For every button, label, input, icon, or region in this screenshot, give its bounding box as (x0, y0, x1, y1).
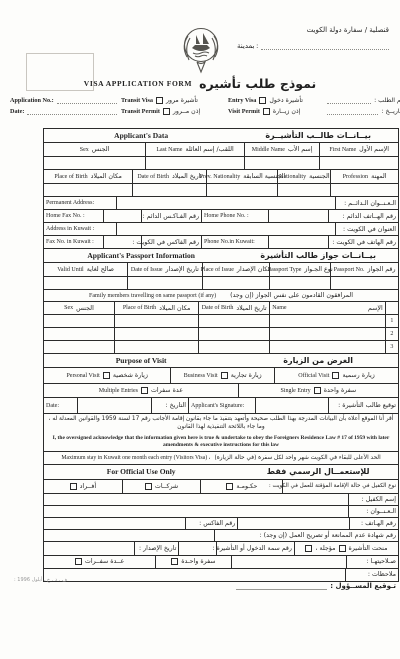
home-fax-label-en: Home Fax No. : (44, 210, 103, 222)
first-name-column-header: First Nameالإسم الأول (319, 143, 398, 156)
multiple-trips-label: عــدة سفــرات (85, 558, 124, 565)
consulate-label: قنصلية / سفارة دولة الكويت (237, 26, 389, 34)
valid-until-column-header: Valid Untilصالح لغاية (44, 263, 127, 276)
family-row-field[interactable] (114, 328, 198, 340)
date-signature-row: Date: التاريخ : Applicant's Signature: ت… (44, 397, 398, 413)
kuwait-emblem-icon (180, 26, 222, 79)
family-row-2: 2 (44, 327, 398, 340)
declaration-text-ar: أقر أنا الموقع أعلاه بأن البيانات المدرج… (48, 416, 394, 432)
sponsor-companies-label: شركــات (155, 483, 178, 490)
passport-no-column-header: Passport No.رقم الجواز (330, 263, 398, 276)
family-labels-row: Sexالجنس Place of Birthمكان الميلاد Date… (44, 301, 398, 314)
deferred-checkbox[interactable] (305, 545, 312, 552)
transit-visa-label-en: Transit Visa (121, 97, 153, 104)
issue-date-field[interactable] (44, 542, 134, 555)
transit-permit-checkbox[interactable] (163, 108, 170, 115)
date-row: Date: (10, 108, 117, 115)
noc-field[interactable] (44, 530, 214, 541)
home-fax-label-ar: رقم الفـاكـس الدائم : (141, 210, 201, 222)
kuwait-phone-fax-row: Fax No. in Kuwait : رقم الفاكس في الكويت… (44, 235, 398, 248)
personal-visit-label-ar: زيارة شخصية (113, 372, 148, 379)
multiple-entries-label-en: Multiple Entries (99, 388, 138, 394)
sponsor-individuals-checkbox[interactable] (70, 483, 77, 490)
single-entry-label-ar: سفرة واحدة (324, 387, 357, 394)
validity-label: صـلاحيتهـا : (346, 556, 398, 568)
sponsor-government-label: حكـومـة (236, 483, 257, 490)
declaration-text-en: I, the oversigned acknowledge that the i… (48, 435, 394, 449)
family-row-field[interactable] (44, 315, 114, 327)
declaration-row: أقر أنا الموقع أعلاه بأن البيانات المدرج… (44, 413, 398, 451)
application-no-ar-field[interactable] (327, 97, 371, 104)
validity-field[interactable] (231, 556, 347, 568)
family-row-field[interactable] (198, 328, 269, 340)
passport-title-en: Applicant's Passport Information (44, 249, 238, 262)
visit-permit-label-en: Visit Permit (228, 108, 260, 115)
prev-nationality-field[interactable] (206, 184, 277, 196)
sponsor-individuals-label: أفــراد (80, 483, 96, 490)
official-visit-checkbox[interactable] (332, 372, 339, 379)
official-use-title-en: For Official Use Only (44, 465, 238, 479)
granted-deferred-options: مؤجلة ، منحت التأشيرة (294, 542, 398, 555)
home-fax-field[interactable] (103, 210, 141, 222)
declaration-text: أقر أنا الموقع أعلاه بأن البيانات المدرج… (44, 414, 398, 451)
multiple-entries-option: Multiple Entries عدة سفرات (44, 384, 238, 397)
meta-section: Application No.: Transit Visa تأشيرة مرو… (10, 97, 395, 115)
place-of-birth-column-header: Place of Birthمكان الميلاد (44, 170, 132, 183)
personal-visit-checkbox[interactable] (103, 372, 110, 379)
transit-visa-option: Transit Visa تأشيرة مرور (121, 97, 224, 104)
kuwait-address-label-ar: العنوان في الكويت : (335, 223, 398, 235)
multiple-entries-label-ar: عدة سفرات (151, 387, 183, 394)
remarks-row: ملاحظات : (44, 568, 398, 581)
family-row-field[interactable] (114, 315, 198, 327)
deferred-label: مؤجلة ، (315, 545, 335, 552)
max-stay-note: Maximum stay in Kuwait one month each en… (44, 452, 398, 464)
family-row-number: 1 (385, 315, 398, 327)
official-signature-row: تـوقيع المســؤول : (236, 582, 396, 590)
business-visit-label-en: Business Visit (184, 373, 218, 379)
prev-nationality-column-header: Prev. Nationalityالجنسية السابقة (206, 170, 277, 183)
permanent-address-label-en: Permanent Address: (44, 197, 116, 209)
birth-labels-row: Place of Birthمكان الميلاد Date of Birth… (44, 169, 398, 183)
multiple-trips-option: عــدة سفــرات (44, 556, 155, 568)
kuwait-phone-label-ar: رقم الهاتف في الكويت : (328, 236, 398, 248)
multiple-entries-checkbox[interactable] (141, 387, 148, 394)
city-field[interactable] (261, 43, 389, 50)
noc-label: رقم شهادة عدم الممانعة أو تصريح العمل (إ… (214, 530, 398, 541)
noc-row: رقم شهادة عدم الممانعة أو تصريح العمل (إ… (44, 529, 398, 541)
entry-visa-label-en: Entry Visa (228, 97, 256, 104)
application-no-field[interactable] (57, 97, 117, 104)
sponsor-government-checkbox[interactable] (226, 483, 233, 490)
family-name-column-header: Nameالإسم (269, 302, 385, 314)
sponsor-companies-checkbox[interactable] (145, 483, 152, 490)
date-label: Date: (10, 108, 24, 115)
last-name-field[interactable] (145, 157, 244, 169)
print-code: ف . د . خ ـ أيلول 1996 : (14, 577, 67, 583)
personal-visit-label-en: Personal Visit (66, 373, 99, 379)
visit-permit-label-ar: إذن زيــارة (273, 108, 300, 115)
entry-visa-option: Entry Visa تأشيرة دخول (228, 97, 323, 104)
family-row-field[interactable] (198, 315, 269, 327)
official-visit-option: Official Visit زيارة رسمية (274, 368, 398, 383)
date-of-birth-field[interactable] (132, 184, 206, 196)
kuwait-phone-label-en: Phone No.in Kuwait: (201, 236, 268, 248)
transit-visa-checkbox[interactable] (156, 97, 163, 104)
kuwait-phone-field[interactable] (268, 236, 328, 248)
applicant-data-header: Applicant's Data بيــانــات طالــب التأش… (44, 129, 398, 142)
sponsor-phone-label: رقم الهـاتف : (349, 518, 398, 529)
applicant-data-title-ar: بيــانــات طالــب التأشيــرة (238, 129, 398, 142)
name-fields-row (44, 156, 398, 169)
home-phone-label-en: Home Phone No. : (201, 210, 268, 222)
visit-permit-checkbox[interactable] (263, 108, 270, 115)
passport-labels-row: Valid Untilصالح لغاية Date of Issueتاريخ… (44, 262, 398, 276)
entry-visa-label-ar: تأشيرة دخول (269, 97, 303, 104)
family-note: Family members travelling on same passpo… (44, 290, 398, 301)
granted-checkbox[interactable] (339, 545, 346, 552)
date-ar-row: التـاريــخ : (327, 108, 400, 115)
max-stay-note-ar: الحد الأعلى للبقاء في الكويت شهر واحد لك… (215, 455, 381, 461)
permanent-address-row: Permanent Address: الـعـنــوان الـدائــم… (44, 196, 398, 209)
purpose-date-label-ar: التاريخ : (151, 398, 189, 413)
visa-application-form-page: قنصلية / سفارة دولة الكويت بمدينة : VISA… (0, 0, 400, 659)
visa-no-field[interactable] (178, 542, 216, 555)
single-entry-label-en: Single Entry (281, 388, 311, 394)
single-trip-option: سفرة واحـدة (155, 556, 230, 568)
official-signature-label: تـوقيع المســؤول : (330, 582, 396, 590)
official-visit-label-ar: زيارة رسمية (342, 372, 374, 379)
kuwait-address-field[interactable] (116, 223, 335, 235)
visa-no-label: رقم سمة الدخول أو التأشيرة : (216, 542, 294, 555)
visit-type-row: Personal Visit زيارة شخصية Business Visi… (44, 367, 398, 383)
sponsor-address-field[interactable] (44, 506, 348, 517)
applicant-signature-label-ar: توقيع طالب التأشيرة : (328, 398, 398, 413)
sponsor-type-label: نوع الكفيل في حالة الإقامة المؤقتة للعمل… (282, 480, 398, 493)
application-no-label: Application No.: (10, 97, 54, 104)
sponsor-phone-field[interactable] (237, 518, 349, 529)
application-no-ar-row: رقم الطلب : (327, 97, 400, 104)
official-visit-label-en: Official Visit (298, 373, 329, 379)
family-row-field[interactable] (44, 328, 114, 340)
sponsor-fax-label: رقم الفاكس : (185, 518, 237, 529)
last-name-column-header: Last Nameاللقب/ إسم العائلة (145, 143, 244, 156)
remarks-field[interactable] (44, 569, 345, 581)
business-visit-option: Business Visit زيارة تجارية (170, 368, 274, 383)
sex-field[interactable] (44, 157, 145, 169)
place-of-birth-field[interactable] (44, 184, 132, 196)
application-no-row: Application No.: (10, 97, 117, 104)
visa-granted-row: تاريخ الإصدار : رقم سمة الدخول أو التأشي… (44, 541, 398, 555)
kuwait-fax-label-ar: رقم الفاكس في الكويت : (141, 236, 201, 248)
single-entry-checkbox[interactable] (314, 387, 321, 394)
passport-fields-row (44, 276, 398, 289)
transit-permit-label-en: Transit Permit (121, 108, 160, 115)
profession-field[interactable] (330, 184, 398, 196)
sex-column-header: Sexالجنس (44, 143, 145, 156)
passport-type-field[interactable] (269, 277, 330, 289)
form-table: Applicant's Data بيــانــات طالــب التأش… (43, 128, 399, 582)
single-entry-option: Single Entry سفرة واحدة (238, 384, 398, 397)
single-trip-label: سفرة واحـدة (181, 558, 215, 565)
first-name-field[interactable] (319, 157, 398, 169)
place-of-issue-field[interactable] (202, 277, 270, 289)
family-row-field[interactable] (114, 341, 198, 353)
transit-visa-label-ar: تأشيرة مرور (166, 97, 198, 104)
max-stay-note-en: Maximum stay in Kuwait one month each en… (61, 455, 210, 461)
birth-fields-row (44, 183, 398, 196)
home-phone-field[interactable] (268, 210, 328, 222)
transit-permit-label-ar: إذن مــرور (173, 108, 200, 115)
sponsor-type-row: أفــراد شركــات حكـومـة نوع الكفيل في حا… (44, 479, 398, 493)
purpose-title-ar: الغرض من الزيارة (238, 354, 398, 367)
family-row-field[interactable] (198, 341, 269, 353)
sponsor-name-label: إسم الكفيل : (348, 494, 398, 505)
family-row-3: 3 (44, 340, 398, 353)
single-trip-checkbox[interactable] (171, 558, 178, 565)
sponsor-fax-field[interactable] (44, 518, 185, 529)
family-date-of-birth-column-header: Date of Birthتاريخ الميلاد (198, 302, 269, 314)
nationality-column-header: Nationalityالجنسية (277, 170, 330, 183)
applicant-signature-label-en: Applicant's Signature: (188, 398, 255, 413)
official-use-header: For Official Use Only للإستعمــال الرسمي… (44, 464, 398, 479)
application-no-label-ar: رقم الطلب : (374, 97, 400, 104)
official-use-title-ar: للإستعمــال الرسمي فقط (238, 465, 398, 479)
entries-row: Multiple Entries عدة سفرات Single Entry … (44, 383, 398, 397)
family-row-number: 3 (385, 341, 398, 353)
middle-name-column-header: Middle Nameإسم الأب (244, 143, 319, 156)
form-title: VISA APPLICATION FORM نموذج طلب تأشيره (0, 76, 400, 91)
home-phone-label-ar: رقم الهــاتف الدائم : (328, 210, 398, 222)
sponsor-name-row: إسم الكفيل : (44, 493, 398, 505)
nationality-field[interactable] (277, 184, 330, 196)
applicant-data-title-en: Applicant's Data (44, 129, 238, 142)
home-phone-fax-row: Home Fax No. : رقم الفـاكـس الدائم : Hom… (44, 209, 398, 222)
middle-name-field[interactable] (244, 157, 319, 169)
transit-permit-option: Transit Permit إذن مــرور (121, 108, 224, 115)
date-of-issue-field[interactable] (127, 277, 201, 289)
name-labels-row: Sexالجنس Last Nameاللقب/ إسم العائلة Mid… (44, 142, 398, 156)
entry-visa-checkbox[interactable] (259, 97, 266, 104)
purpose-header: Purpose of Visit الغرض من الزيارة (44, 353, 398, 367)
family-num-column-header (385, 302, 398, 314)
business-visit-checkbox[interactable] (221, 372, 228, 379)
family-sex-column-header: Sexالجنس (44, 302, 114, 314)
granted-label: منحت التأشيرة (349, 545, 388, 552)
family-place-of-birth-column-header: Place of Birthمكان الميلاد (114, 302, 198, 314)
issue-date-label: تاريخ الإصدار : (134, 542, 179, 555)
kuwait-address-label-en: Address in Kuwait : (44, 223, 116, 235)
permanent-address-field[interactable] (116, 197, 335, 209)
date-label-ar: التـاريــخ : (381, 108, 400, 115)
applicant-signature-field[interactable] (255, 398, 328, 413)
date-field[interactable] (27, 108, 117, 115)
family-row-field[interactable] (269, 328, 385, 340)
form-title-ar: نموذج طلب تأشيره (199, 76, 316, 91)
sponsor-address-row: الـعـنــوان : (44, 505, 398, 517)
family-row-field[interactable] (269, 341, 385, 353)
family-note-en: Family members travelling on same passpo… (89, 293, 216, 299)
kuwait-fax-label-en: Fax No. in Kuwait : (44, 236, 103, 248)
sponsor-companies-option: شركــات (122, 480, 201, 493)
business-visit-label-ar: زيارة تجارية (231, 372, 262, 379)
sponsor-name-field[interactable] (44, 494, 348, 505)
date-of-birth-column-header: Date of Birthتاريخ الميلاد (132, 170, 206, 183)
city-label: بمدينة : (237, 42, 258, 50)
passport-type-column-header: Passport Typeنوع الجـواز (269, 263, 330, 276)
multiple-trips-checkbox[interactable] (75, 558, 82, 565)
sponsor-address-label: الـعـنــوان : (348, 506, 398, 517)
permanent-address-label-ar: الـعـنــوان الـدائــم : (335, 197, 398, 209)
profession-column-header: Professionالمهنة (330, 170, 398, 183)
max-stay-row: Maximum stay in Kuwait one month each en… (44, 451, 398, 464)
remarks-label: ملاحظات : (345, 569, 398, 581)
form-title-en: VISA APPLICATION FORM (84, 79, 192, 88)
sponsor-phone-fax-row: رقم الفاكس : رقم الهـاتف : (44, 517, 398, 529)
official-signature-field[interactable] (236, 582, 327, 590)
kuwait-address-row: Address in Kuwait : العنوان في الكويت : (44, 222, 398, 235)
passport-title-ar: بيــانــات جواز طالب التأشيرة (238, 249, 398, 262)
date-ar-field[interactable] (327, 108, 378, 115)
family-row-field[interactable] (44, 341, 114, 353)
family-note-row: Family members travelling on same passpo… (44, 289, 398, 301)
purpose-date-field[interactable] (77, 398, 150, 413)
purpose-date-label-en: Date: (44, 398, 77, 413)
purpose-title-en: Purpose of Visit (44, 354, 238, 367)
family-row-number: 2 (385, 328, 398, 340)
visit-permit-option: Visit Permit إذن زيــارة (228, 108, 323, 115)
family-row-1: 1 (44, 314, 398, 327)
valid-until-field[interactable] (44, 277, 127, 289)
sponsor-individuals-option: أفــراد (44, 480, 122, 493)
date-of-issue-column-header: Date of Issueتاريخ الإصدار (127, 263, 201, 276)
family-row-field[interactable] (269, 315, 385, 327)
family-note-ar: المرافقون القادمون على نفس الجواز (إن وج… (230, 292, 353, 299)
passport-no-field[interactable] (330, 277, 398, 289)
passport-header: Applicant's Passport Information بيــانـ… (44, 248, 398, 262)
consulate-block: قنصلية / سفارة دولة الكويت بمدينة : (237, 26, 389, 50)
validity-row: عــدة سفــرات سفرة واحـدة صـلاحيتهـا : (44, 555, 398, 568)
place-of-issue-column-header: Place of Issueمكان الإصدار (202, 263, 270, 276)
personal-visit-option: Personal Visit زيارة شخصية (44, 368, 170, 383)
